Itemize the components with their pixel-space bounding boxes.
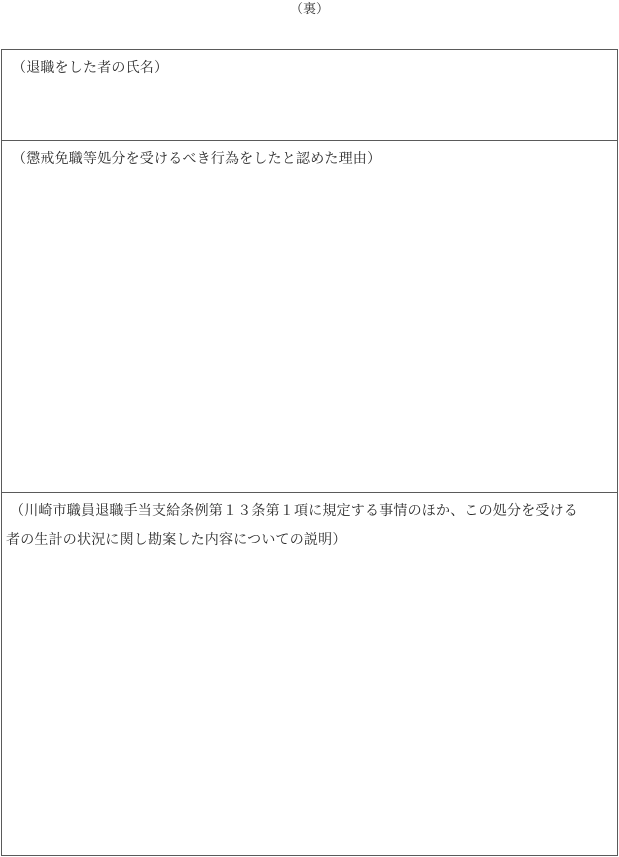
livelihood-explanation-label-line-1: （川崎市職員退職手当支給条例第１３条第１項に規定する事情のほか、この処分を受ける — [10, 497, 617, 526]
section-retiree-name: （退職をした者の氏名） — [2, 50, 617, 140]
livelihood-explanation-entry-area[interactable] — [2, 563, 617, 855]
livelihood-explanation-label: （川崎市職員退職手当支給条例第１３条第１項に規定する事情のほか、この処分を受ける… — [2, 493, 617, 555]
retiree-name-label: （退職をした者の氏名） — [2, 50, 617, 82]
page-heading: （裏） — [0, 2, 619, 18]
section-livelihood-explanation: （川崎市職員退職手当支給条例第１３条第１項に規定する事情のほか、この処分を受ける… — [2, 492, 617, 855]
section-disciplinary-reason: （懲戒免職等処分を受けるべき行為をしたと認めた理由） — [2, 140, 617, 492]
disciplinary-reason-entry-area[interactable] — [2, 177, 617, 492]
retiree-name-entry-area[interactable] — [2, 86, 617, 140]
disciplinary-reason-label: （懲戒免職等処分を受けるべき行為をしたと認めた理由） — [2, 141, 617, 173]
form-table: （退職をした者の氏名） （懲戒免職等処分を受けるべき行為をしたと認めた理由） （… — [1, 49, 618, 856]
livelihood-explanation-label-line-2: 者の生計の状況に関し勘案した内容についての説明） — [6, 526, 617, 555]
